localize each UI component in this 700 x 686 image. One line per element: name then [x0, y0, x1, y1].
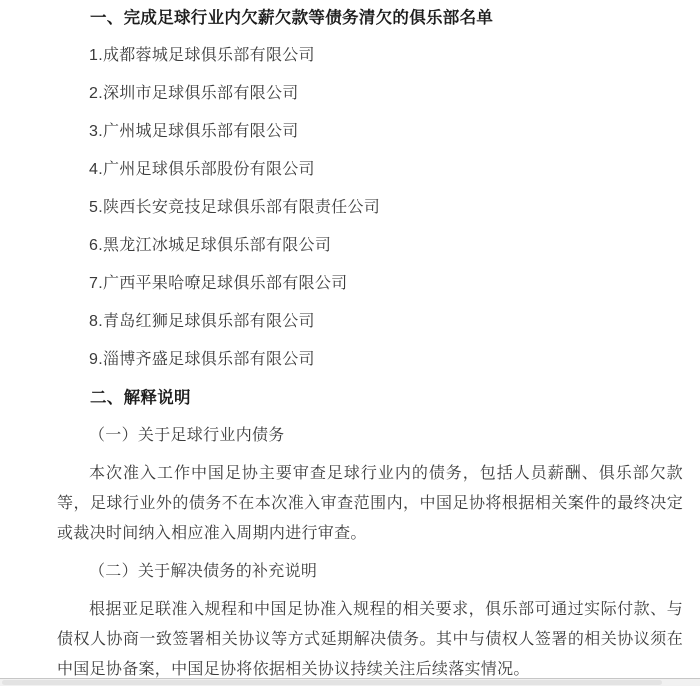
club-list-item-8: 8.青岛红狮足球俱乐部有限公司 — [57, 307, 683, 337]
section-2-heading: 二、解释说明 — [57, 383, 683, 413]
section-2-sub-1-paragraph: 本次准入工作中国足协主要审查足球行业内的债务，包括人员薪酬、俱乐部欠款等，足球行… — [57, 459, 683, 549]
club-list-item-1: 1.成都蓉城足球俱乐部有限公司 — [57, 41, 683, 71]
club-list-item-2: 2.深圳市足球俱乐部有限公司 — [57, 79, 683, 109]
section-2-sub-2-paragraph: 根据亚足联准入规程和中国足协准入规程的相关要求，俱乐部可通过实际付款、与债权人协… — [57, 595, 683, 685]
club-list-item-9: 9.淄博齐盛足球俱乐部有限公司 — [57, 345, 683, 375]
club-list-item-5: 5.陕西长安竞技足球俱乐部有限责任公司 — [57, 193, 683, 223]
club-list-item-6: 6.黑龙江冰城足球俱乐部有限公司 — [57, 231, 683, 261]
section-2-sub-1-heading: （一）关于足球行业内债务 — [57, 421, 683, 451]
section-2-sub-2-heading: （二）关于解决债务的补充说明 — [57, 557, 683, 587]
article-body: 一、完成足球行业内欠薪欠款等债务清欠的俱乐部名单 1.成都蓉城足球俱乐部有限公司… — [0, 0, 700, 685]
club-list-item-4: 4.广州足球俱乐部股份有限公司 — [57, 155, 683, 185]
horizontal-scrollbar[interactable] — [0, 678, 700, 686]
club-list-item-3: 3.广州城足球俱乐部有限公司 — [57, 117, 683, 147]
horizontal-scrollbar-thumb[interactable] — [2, 680, 662, 685]
section-1-heading: 一、完成足球行业内欠薪欠款等债务清欠的俱乐部名单 — [57, 3, 683, 33]
club-list-item-7: 7.广西平果哈嘹足球俱乐部有限公司 — [57, 269, 683, 299]
